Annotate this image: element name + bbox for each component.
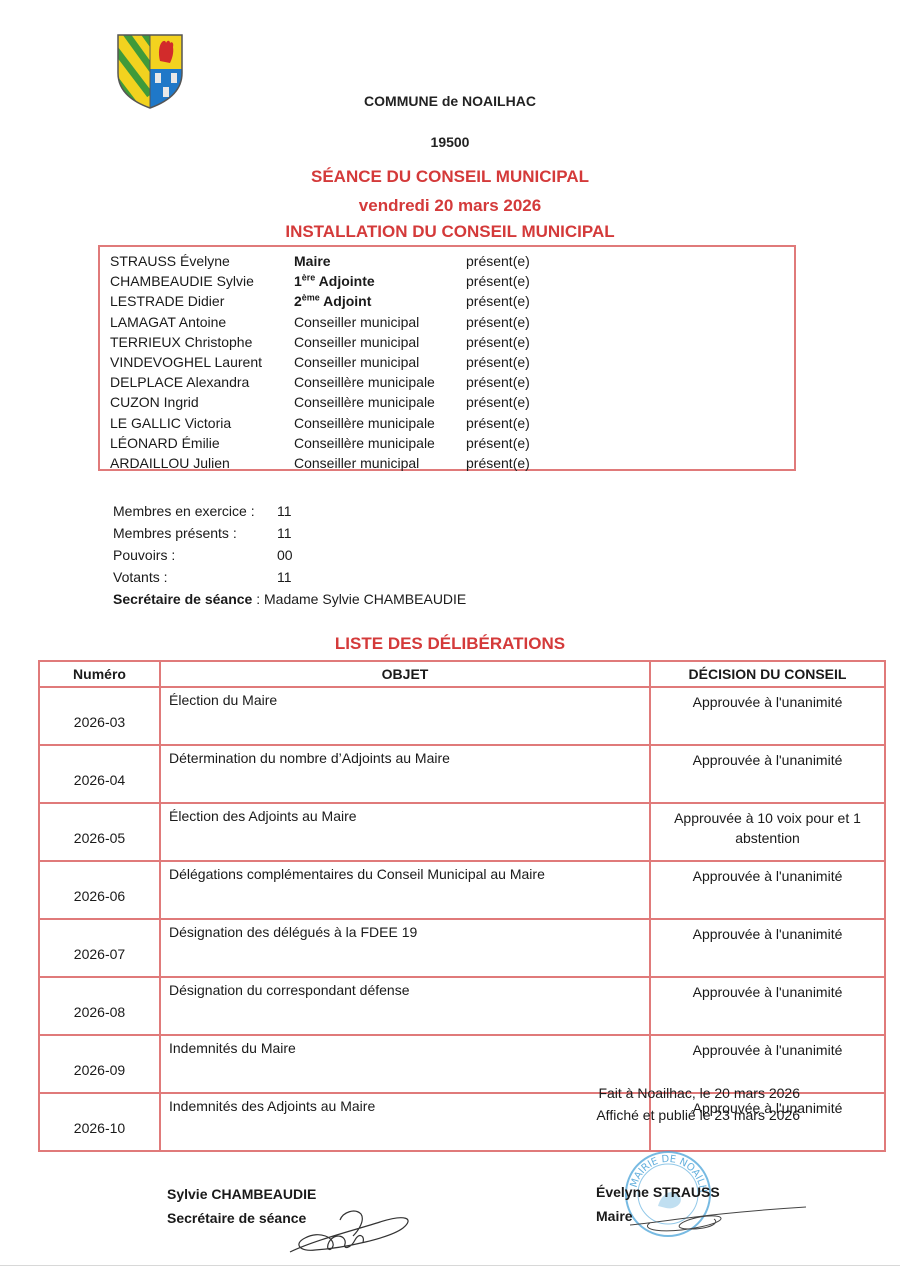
deliberation-subject: Désignation des délégués à la FDEE 19 [160, 919, 650, 977]
member-name: DELPLACE Alexandra [110, 372, 249, 392]
deliberation-number: 2026-09 [39, 1035, 160, 1093]
session-subject: INSTALLATION DU CONSEIL MUNICIPAL [0, 222, 900, 242]
session-date: vendredi 20 mars 2026 [0, 196, 900, 216]
session-title: SÉANCE DU CONSEIL MUNICIPAL [0, 167, 900, 187]
stat-label: Pouvoirs : [113, 544, 175, 566]
member-status: présent(e) [466, 453, 530, 473]
deliberation-number: 2026-03 [39, 687, 160, 745]
table-row: 2026-07Désignation des délégués à la FDE… [39, 919, 885, 977]
secretary-value: : Madame Sylvie CHAMBEAUDIE [252, 591, 466, 607]
member-status: présent(e) [466, 392, 530, 412]
posted-date: Affiché et publié le 23 mars 2026 [556, 1104, 800, 1126]
deliberation-decision: Approuvée à l'unanimité [650, 861, 885, 919]
member-name: LAMAGAT Antoine [110, 312, 226, 332]
member-name: LÉONARD Émilie [110, 433, 220, 453]
member-name: CUZON Ingrid [110, 392, 199, 412]
member-role: Conseillère municipale [294, 372, 435, 392]
member-role: Conseillère municipale [294, 413, 435, 433]
member-role: Conseiller municipal [294, 453, 419, 473]
member-name: ARDAILLOU Julien [110, 453, 230, 473]
table-header-row: Numéro OBJET DÉCISION DU CONSEIL [39, 661, 885, 687]
member-role: Conseillère municipale [294, 392, 435, 412]
member-status: présent(e) [466, 312, 530, 332]
stat-value: 11 [277, 566, 292, 588]
page-bottom-divider [0, 1265, 900, 1266]
member-status: présent(e) [466, 332, 530, 352]
deliberations-title: LISTE DES DÉLIBÉRATIONS [0, 634, 900, 654]
done-at: Fait à Noailhac, le 20 mars 2026 [556, 1082, 800, 1104]
stat-label: Votants : [113, 566, 167, 588]
deliberation-number: 2026-08 [39, 977, 160, 1035]
table-row: 2026-03Élection du MaireApprouvée à l'un… [39, 687, 885, 745]
deliberation-decision: Approuvée à l'unanimité [650, 977, 885, 1035]
deliberation-decision: Approuvée à l'unanimité [650, 745, 885, 803]
member-status: présent(e) [466, 271, 530, 291]
deliberation-number: 2026-04 [39, 745, 160, 803]
deliberation-number: 2026-06 [39, 861, 160, 919]
members-attendance-list: STRAUSS ÉvelyneMaireprésent(e)CHAMBEAUDI… [98, 245, 796, 471]
member-status: présent(e) [466, 352, 530, 372]
member-name: LE GALLIC Victoria [110, 413, 231, 433]
member-status: présent(e) [466, 433, 530, 453]
table-row: 2026-04Détermination du nombre d’Adjoint… [39, 745, 885, 803]
deliberation-subject: Élection des Adjoints au Maire [160, 803, 650, 861]
table-row: 2026-08Désignation du correspondant défe… [39, 977, 885, 1035]
member-status: présent(e) [466, 372, 530, 392]
member-role: Maire [294, 251, 331, 271]
deliberation-subject: Délégations complémentaires du Conseil M… [160, 861, 650, 919]
deliberation-number: 2026-05 [39, 803, 160, 861]
member-name: VINDEVOGHEL Laurent [110, 352, 262, 372]
deliberation-number: 2026-10 [39, 1093, 160, 1151]
member-name: CHAMBEAUDIE Sylvie [110, 271, 254, 291]
member-status: présent(e) [466, 291, 530, 311]
deliberation-decision: Approuvée à 10 voix pour et 1 abstention [650, 803, 885, 861]
deliberation-number: 2026-07 [39, 919, 160, 977]
deliberation-subject: Désignation du correspondant défense [160, 977, 650, 1035]
stat-value: 00 [277, 544, 293, 566]
stat-label: Membres en exercice : [113, 500, 255, 522]
member-role: Conseiller municipal [294, 332, 419, 352]
deliberation-decision: Approuvée à l'unanimité [650, 687, 885, 745]
stat-value: 11 [277, 522, 292, 544]
mayor-signature-icon [630, 1195, 810, 1240]
member-name: STRAUSS Évelyne [110, 251, 230, 271]
deliberation-decision: Approuvée à l'unanimité [650, 919, 885, 977]
stat-label: Membres présents : [113, 522, 237, 544]
header-number: Numéro [39, 661, 160, 687]
table-row: 2026-05Élection des Adjoints au MaireApp… [39, 803, 885, 861]
table-row: 2026-06Délégations complémentaires du Co… [39, 861, 885, 919]
member-role: Conseillère municipale [294, 433, 435, 453]
deliberation-subject: Élection du Maire [160, 687, 650, 745]
member-name: TERRIEUX Christophe [110, 332, 252, 352]
member-role: Conseiller municipal [294, 312, 419, 332]
header-subject: OBJET [160, 661, 650, 687]
member-status: présent(e) [466, 251, 530, 271]
stat-value: 11 [277, 500, 292, 522]
postal-code: 19500 [0, 134, 900, 150]
commune-name: COMMUNE de NOAILHAC [0, 93, 900, 109]
member-role: 1ère Adjointe [294, 271, 375, 291]
member-status: présent(e) [466, 413, 530, 433]
header-decision: DÉCISION DU CONSEIL [650, 661, 885, 687]
deliberation-subject: Détermination du nombre d’Adjoints au Ma… [160, 745, 650, 803]
member-role: 2ème Adjoint [294, 291, 371, 311]
place-date-block: Fait à Noailhac, le 20 mars 2026 Affiché… [556, 1082, 800, 1126]
member-name: LESTRADE Didier [110, 291, 224, 311]
secretary-label: Secrétaire de séance [113, 591, 252, 607]
deliberations-table: Numéro OBJET DÉCISION DU CONSEIL 2026-03… [38, 660, 886, 1152]
member-role: Conseiller municipal [294, 352, 419, 372]
secretary-signature-icon [285, 1200, 425, 1265]
